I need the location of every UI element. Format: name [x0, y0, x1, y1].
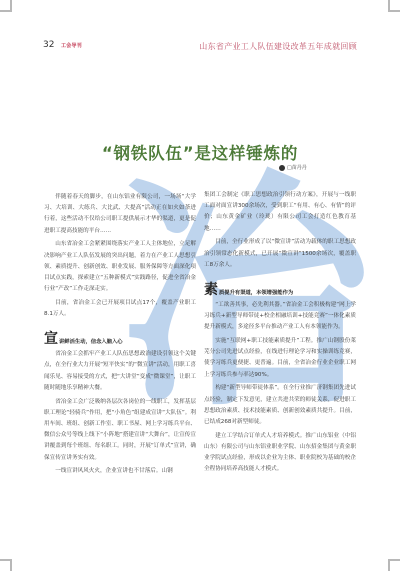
paragraph: 建立工学结合订单式人才培养模式。推广山东铝业（中铝山东）有限公司与山东铝业职业学… [204, 431, 356, 476]
paragraph: 构建“新型导师带徒体系”。在全行业推广济钢集团先进试点经验，制定下发意见，建立共… [204, 383, 356, 428]
section-initial: 宣 [44, 332, 58, 346]
paragraph: 目前，全行业形成了以“微宣讲”活动为载体的职工思想政治引领常态化新模式，已开展“… [204, 237, 356, 271]
paragraph: “工欲善其事，必先利其器。”省冶金工会积极构建“网上学习练兵+新型导师带徒+校企… [204, 300, 356, 334]
section-initial: 素 [204, 283, 218, 297]
paragraph: 伴随着春天的脚步，在山东铝业有限公司，一场场“大学习、大培训、大练兵、大比武、大… [44, 192, 196, 237]
paragraph: 省冶金工会广泛吸纳各层次各岗位的一线职工，发挥基层职工理论“轻骑兵”作用，把“小… [44, 397, 196, 464]
crop-mark-bottom-left [0, 559, 12, 571]
crop-mark-top-right [388, 0, 400, 12]
paragraph: 省冶金工会抓牢产业工人队伍思想政治建设引领这个关键点，在全行业大力开展“短平快实… [44, 349, 196, 394]
paragraph: 实施“互联网+职工技能素质提升”工程。推广山钢股份莱芜分公司先进试点经验，在线进… [204, 336, 356, 381]
left-column: 伴随着春天的脚步，在山东铝业有限公司，一场场“大学习、大培训、大练兵、大比武、大… [44, 192, 196, 480]
crop-mark-bottom-right [388, 559, 400, 571]
article-title: “钢铁队伍”是这样锤炼的 [0, 140, 400, 164]
author-dot-icon [279, 165, 285, 171]
crop-mark-top-left [0, 0, 12, 12]
section-heading-su: 素 质提升有渠道，本领增强能作为 [204, 283, 356, 297]
paragraph: 山东省冶金工会紧紧围绕落实产业工人主体地位，立足解决影响产业工人队伍发展的突出问… [44, 239, 196, 295]
paragraph: 一线宣讲风风火火，企业宣讲也不甘落后。山钢 [44, 466, 196, 477]
section-tag: 工会导刊 [61, 42, 82, 49]
paragraph: 集团工会制定《职工思想政治引领行动方案》，开展与一线职工面对面宣讲300余场次，… [204, 190, 356, 235]
paragraph: 目前，省冶金工会已开展项目试点17个，覆盖产业职工8.1万人。 [44, 298, 196, 320]
page-header: 32 工会导刊 山东省产业工人队伍建设改革五年成就回顾 [43, 40, 357, 54]
right-column: 集团工会制定《职工思想政治引领行动方案》，开展与一线职工面对面宣讲300余场次，… [204, 190, 356, 478]
page-number: 32 [43, 40, 54, 50]
section-heading-text: 质提升有渠道，本领增强能作为 [219, 290, 293, 297]
running-title: 山东省产业工人队伍建设改革五年成就回顾 [199, 41, 357, 52]
section-heading-xuan: 宣 讲鲜活生动，信念入脑入心 [44, 332, 196, 346]
section-heading-text: 讲鲜活生动，信念入脑入心 [59, 339, 123, 346]
author-name: □苗丹丹 [287, 164, 307, 171]
byline: □苗丹丹 [279, 164, 307, 171]
